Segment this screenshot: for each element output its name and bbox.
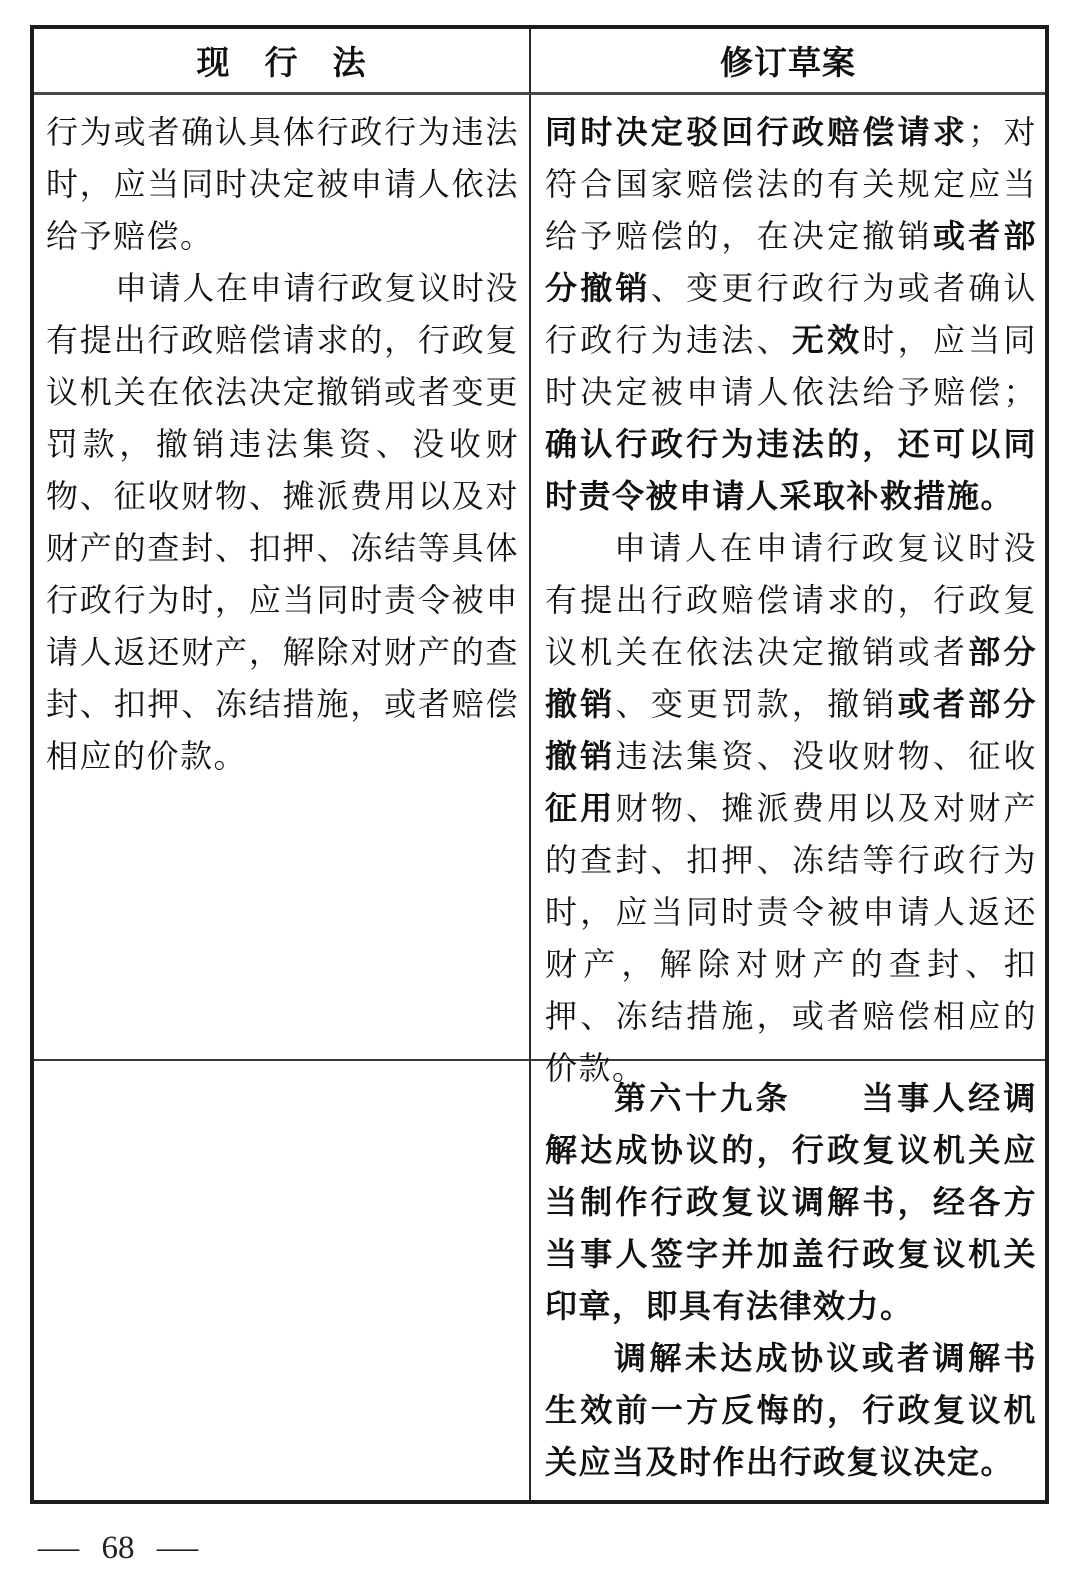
cell-current-law-row2-empty: [34, 1061, 531, 1500]
footer-dash-right: —: [157, 1524, 198, 1572]
header-current-law: 现 行 法: [34, 29, 531, 95]
footer-dash-left: —: [38, 1524, 79, 1572]
cell-revision-draft-row2: 第六十九条 当事人经调解达成协议的，行政复议机关应当制作行政复议调解书，经各方当…: [531, 1061, 1045, 1500]
page-footer: — 68 —: [42, 1524, 194, 1572]
cell-current-law-row1: 行为或者确认具体行政行为违法时，应当同时决定被申请人依法给予赔偿。申请人在申请行…: [34, 95, 531, 1061]
document-page: 现 行 法 修订草案 行为或者确认具体行政行为违法时，应当同时决定被申请人依法给…: [0, 0, 1080, 1596]
page-number: 68: [102, 1524, 135, 1572]
law-comparison-table: 现 行 法 修订草案 行为或者确认具体行政行为违法时，应当同时决定被申请人依法给…: [30, 25, 1049, 1504]
header-revision-draft: 修订草案: [531, 29, 1045, 95]
cell-revision-draft-row1: 同时决定驳回行政赔偿请求；对符合国家赔偿法的有关规定应当给予赔偿的，在决定撤销或…: [531, 95, 1045, 1061]
